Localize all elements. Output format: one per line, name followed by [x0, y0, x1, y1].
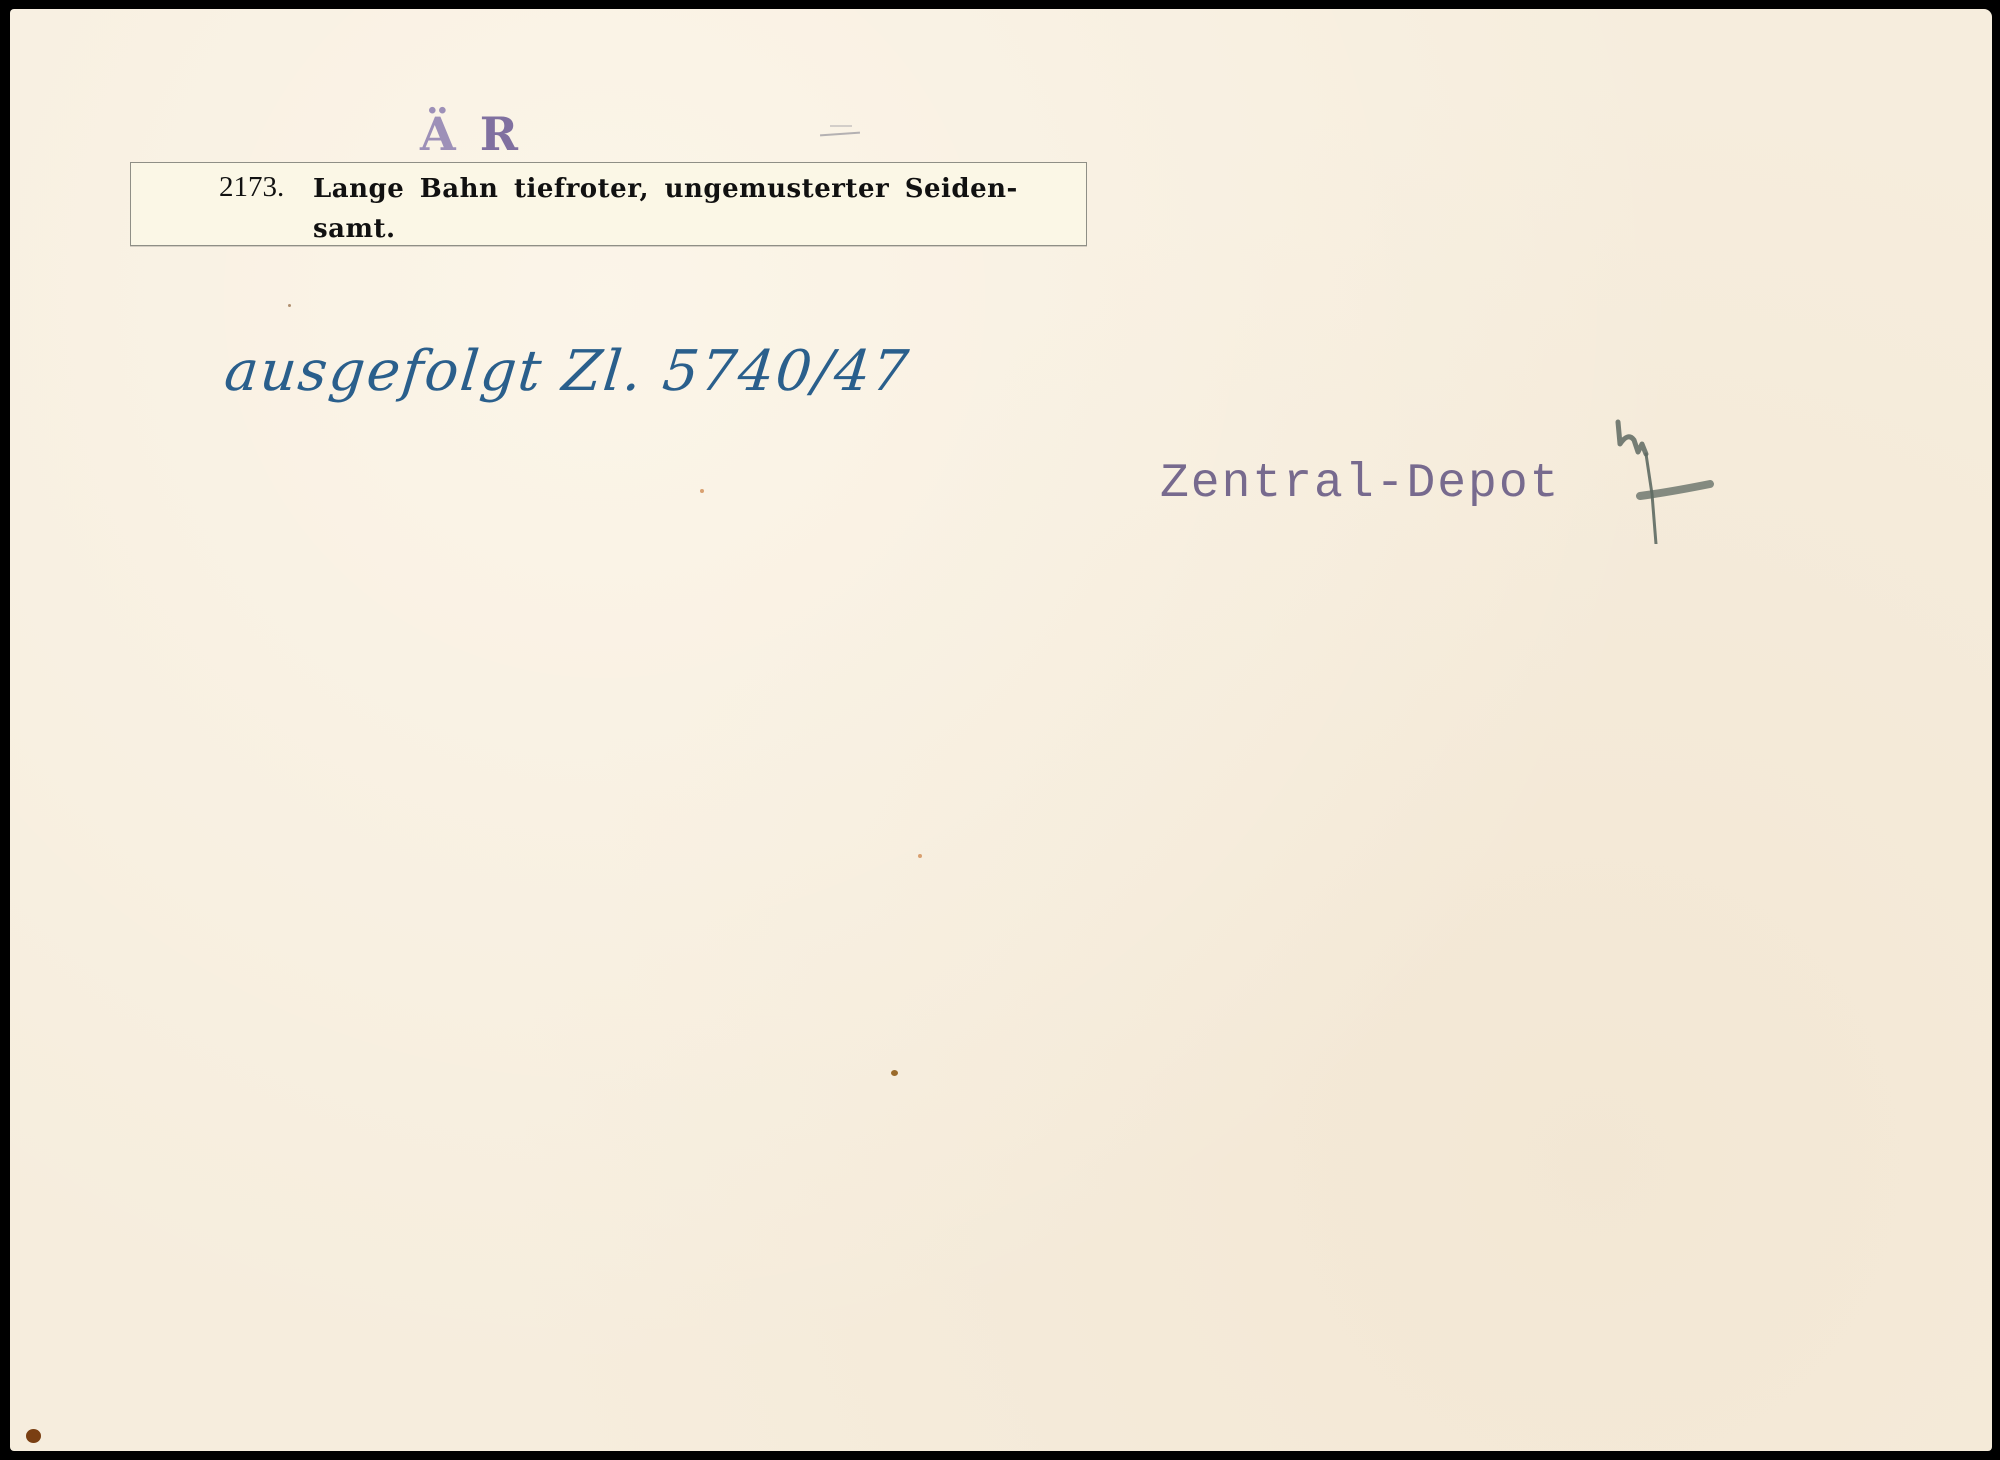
- stamp-letter-r: R: [480, 107, 542, 161]
- handwritten-initial-icon: [1610, 414, 1720, 544]
- item-number: 2173.: [219, 171, 284, 204]
- printed-label-slip: 2173. Lange Bahn tiefroter, ungemusterte…: [130, 162, 1087, 246]
- stamp-ar: ÄR: [420, 107, 542, 161]
- stain-spot: [26, 1429, 41, 1443]
- stain-spot: [288, 304, 291, 307]
- stamp-letter-a-umlaut: Ä: [420, 107, 480, 161]
- stain-spot: [891, 1070, 898, 1076]
- description-line-1: Lange Bahn tiefroter, ungemusterter Seid…: [313, 169, 1073, 209]
- zentral-depot-stamp: Zentral-Depot: [1160, 457, 1560, 511]
- faint-pencil-mark: [820, 132, 860, 137]
- stain-spot: [700, 489, 704, 493]
- stain-spot: [918, 854, 922, 858]
- handwritten-note: ausgefolgt Zl. 5740/47: [222, 339, 914, 404]
- archival-card: ÄR 2173. Lange Bahn tiefroter, ungemuste…: [10, 9, 1992, 1451]
- item-description: Lange Bahn tiefroter, ungemusterter Seid…: [313, 169, 1073, 249]
- faint-pencil-mark: [830, 125, 852, 127]
- description-line-2: samt.: [313, 209, 1073, 249]
